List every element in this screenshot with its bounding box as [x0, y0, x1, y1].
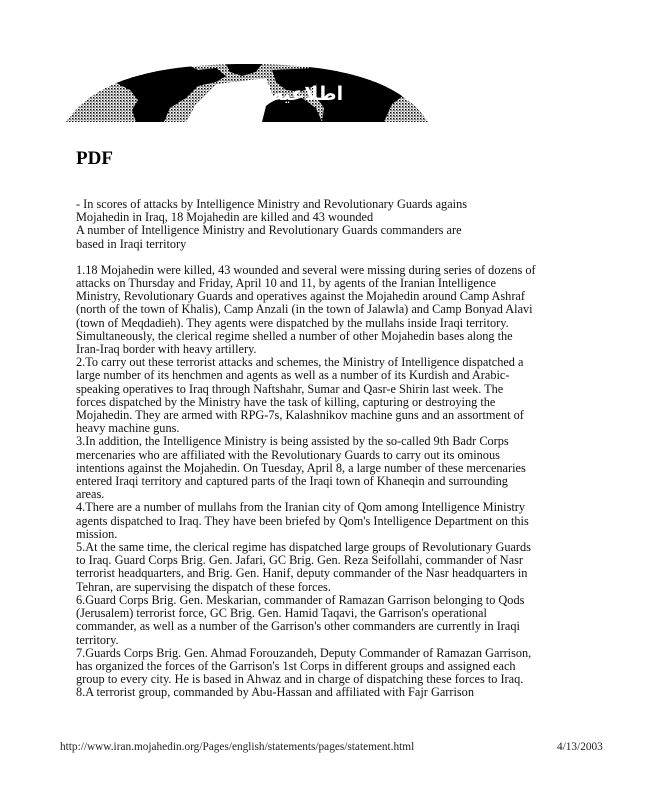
headline-line: A number of Intelligence Ministry and Re… [76, 223, 462, 237]
world-map-banner [66, 64, 428, 122]
announcement-title: اطلاعيه [272, 84, 343, 104]
paragraph-4: 4.There are a number of mullahs from the… [76, 501, 536, 541]
pdf-heading: PDF [76, 148, 113, 170]
paragraph-2: 2.To carry out these terrorist attacks a… [76, 356, 536, 435]
statement-headline: - In scores of attacks by Intelligence M… [76, 198, 536, 251]
statement-body: - In scores of attacks by Intelligence M… [76, 198, 536, 700]
paragraph-7: 7.Guards Corps Brig. Gen. Ahmad Forouzan… [76, 647, 536, 687]
print-date: 4/13/2003 [557, 741, 603, 754]
paragraph-8: 8.A terrorist group, commanded by Abu-Ha… [76, 686, 536, 699]
globe-map-icon [66, 64, 428, 122]
paragraph-6: 6.Guard Corps Brig. Gen. Meskarian, comm… [76, 594, 536, 647]
headline-line: based in Iraqi territory [76, 237, 186, 251]
headline-line: - In scores of attacks by Intelligence M… [76, 197, 467, 211]
paragraph-1: 1.18 Mojahedin were killed, 43 wounded a… [76, 264, 536, 356]
headline-line: Mojahedin in Iraq, 18 Mojahedin are kill… [76, 210, 373, 224]
paragraph-5: 5.At the same time, the clerical regime … [76, 541, 536, 594]
source-url: http://www.iran.mojahedin.org/Pages/engl… [60, 741, 414, 754]
paragraph-3: 3.In addition, the Intelligence Ministry… [76, 435, 536, 501]
